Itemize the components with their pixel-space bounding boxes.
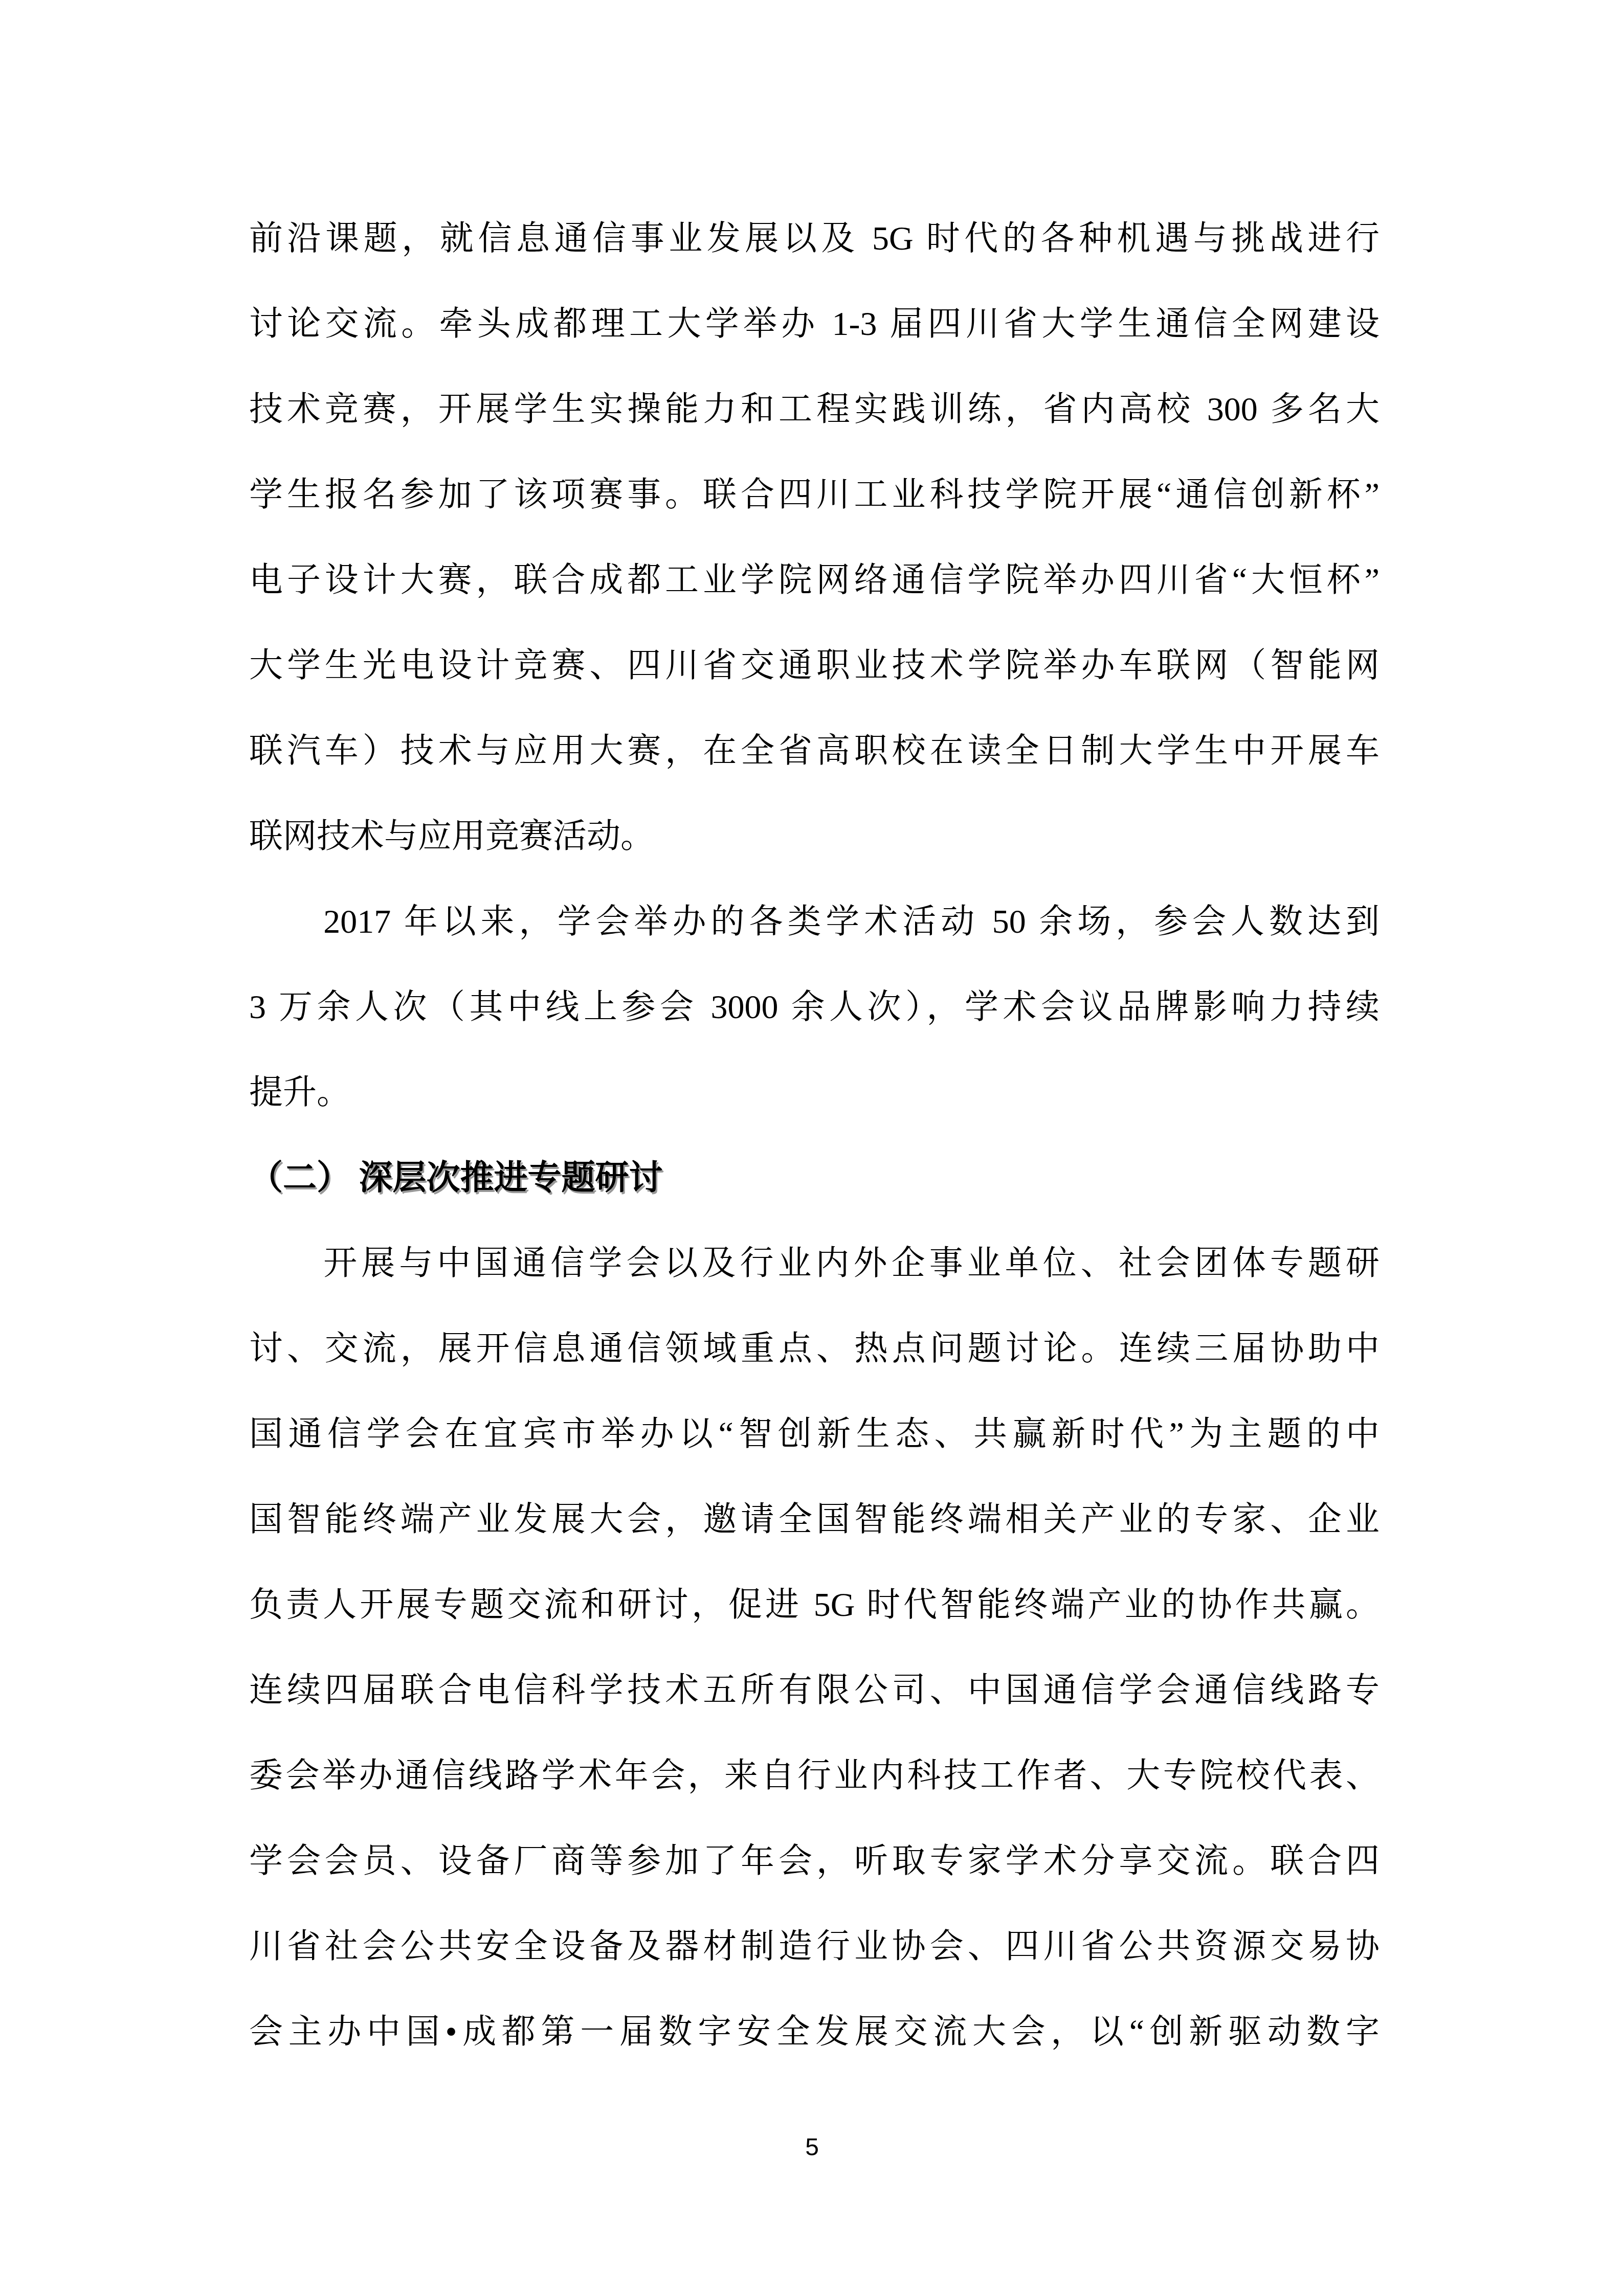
document-page: 前沿课题，就信息通信事业发展以及 5G 时代的各种机遇与挑战进行 讨论交流。牵头… xyxy=(0,0,1624,2296)
body-line: 提升。 xyxy=(249,1050,1380,1135)
page-number: 5 xyxy=(805,2134,819,2161)
body-line: 2017 年以来，学会举办的各类学术活动 50 余场，参会人数达到 xyxy=(249,879,1380,964)
body-line: 联汽车）技术与应用大赛，在全省高职校在读全日制大学生中开展车 xyxy=(249,708,1380,794)
body-line: 学生报名参加了该项赛事。联合四川工业科技学院开展“通信创新杯” xyxy=(249,452,1380,537)
page-footer: 5 xyxy=(0,2125,1624,2170)
body-line: 大学生光电设计竞赛、四川省交通职业技术学院举办车联网（智能网 xyxy=(249,623,1380,708)
body-line: 负责人开展专题交流和研讨，促进 5G 时代智能终端产业的协作共赢。 xyxy=(249,1562,1380,1648)
body-line: 学会会员、设备厂商等参加了年会，听取专家学术分享交流。联合四 xyxy=(249,1818,1380,1904)
body-line: 委会举办通信线路学术年会，来自行业内科技工作者、大专院校代表、 xyxy=(249,1733,1380,1818)
body-line: 国智能终端产业发展大会，邀请全国智能终端相关产业的专家、企业 xyxy=(249,1477,1380,1562)
body-line: 讨、交流，展开信息通信领域重点、热点问题讨论。连续三届协助中 xyxy=(249,1306,1380,1391)
body-line: 会主办中国•成都第一届数字安全发展交流大会，以“创新驱动数字 xyxy=(249,1989,1380,2075)
body-line: 3 万余人次（其中线上参会 3000 余人次），学术会议品牌影响力持续 xyxy=(249,964,1380,1050)
body-line: 讨论交流。牵头成都理工大学举办 1-3 届四川省大学生通信全网建设 xyxy=(249,281,1380,367)
body-line: 国通信学会在宜宾市举办以“智创新生态、共赢新时代”为主题的中 xyxy=(249,1391,1380,1477)
body-line: 开展与中国通信学会以及行业内外企事业单位、社会团体专题研 xyxy=(249,1221,1380,1306)
section-heading: （二） 深层次推进专题研讨 xyxy=(249,1135,1380,1221)
body-line: 联网技术与应用竞赛活动。 xyxy=(249,794,1380,879)
body-line: 技术竞赛，开展学生实操能力和工程实践训练，省内高校 300 多名大 xyxy=(249,367,1380,452)
body-line: 电子设计大赛，联合成都工业学院网络通信学院举办四川省“大恒杯” xyxy=(249,537,1380,623)
page-body: 前沿课题，就信息通信事业发展以及 5G 时代的各种机遇与挑战进行 讨论交流。牵头… xyxy=(249,196,1380,2075)
body-line: 前沿课题，就信息通信事业发展以及 5G 时代的各种机遇与挑战进行 xyxy=(249,196,1380,281)
body-line: 川省社会公共安全设备及器材制造行业协会、四川省公共资源交易协 xyxy=(249,1904,1380,1989)
body-line: 连续四届联合电信科学技术五所有限公司、中国通信学会通信线路专 xyxy=(249,1648,1380,1733)
